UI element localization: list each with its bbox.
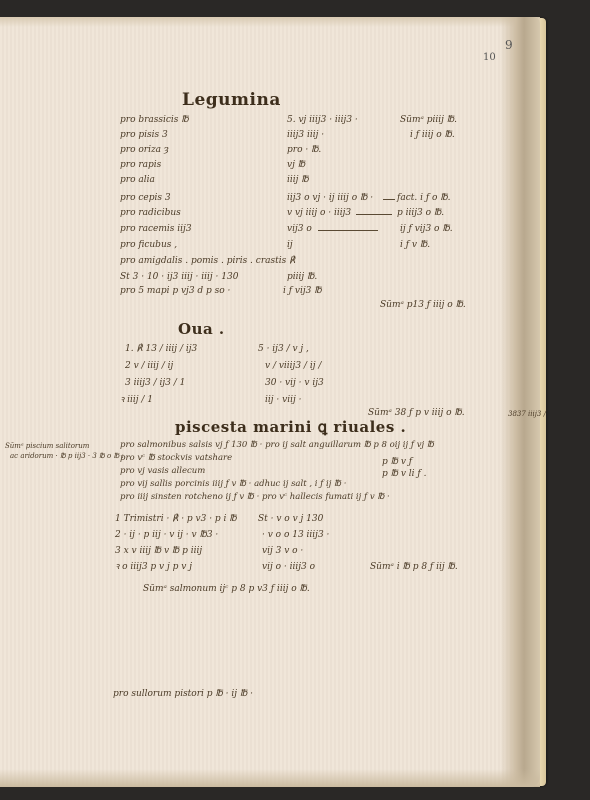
legumina-row-amount: iiij ℔ [287,175,309,187]
section-title-pisces: piscesta marini ꝗ riuales . [175,418,406,436]
pisces-row: pro vᶜ ℔ stockvis vatshare [120,453,232,465]
margin-note-left: Sūmᵃ piscium salitorum [5,442,89,450]
page-edge-right [500,17,540,787]
section-title-legumina: Legumina [182,90,281,110]
legumina-row-amount: v vj iiij o · iiij3 [287,208,351,220]
pisces-row: pro vij sallis porcinis iiij ƒ v ℔ · adh… [120,479,346,491]
pisces-row: pro vj vasis allecum [120,466,205,478]
pisces-row: pro iiij sinsten rotcheno ij ƒ v ℔ · pro… [120,492,390,504]
trimestri-total: Sūmᵃ i ℔ p 8 ƒ iij ℔. [370,562,458,574]
legumina-row-item: pro 5 mapi p vj3 d p so · [120,286,230,298]
legumina-row-item: St 3 · 10 · ij3 iiij · iiij · 130 [120,272,238,284]
pisces-bracket-note: p ℔ v li ƒ . [382,469,426,481]
legumina-row-amount: iij3 o vj · ij iiij o ℔ · [287,193,373,205]
page-edge-bottom [0,769,540,787]
legumina-row-amount: i ƒ vij3 ℔ [283,286,322,298]
pisces-total: Sūmᵃ salmonum ijᶜ p 8 p v3 ƒ iiij o ℔. [143,584,310,596]
legumina-row-amount: ij [287,240,293,252]
legumina-row-amount: piiij ℔. [287,272,317,284]
legumina-row-amount: vj ℔ [287,160,305,172]
legumina-row-note: Sūmᵃ piiij ℔. [400,115,457,127]
legumina-row-amount: 5. vj iiij3 · iiij3 · [287,115,358,127]
oua-row-left: 3 iiij3 / ij3 / 1 [125,378,185,390]
legumina-row-item: pro radicibus [120,208,181,220]
page-edge-top [0,17,540,27]
dash-rule [356,214,392,215]
margin-note-left: ac aridorum · ℔ p iij3 · 3 ℔ o ℔ : [10,452,124,460]
oua-row-left: 2 v / iiij / ij [125,361,173,373]
pisces-row: pro salmonibus salsis vj ƒ 130 ℔ · pro i… [120,440,434,452]
folio-pencil: 10 [483,52,496,63]
legumina-row-item: pro pisis 3 [120,130,168,142]
trimestri-row-right: · v o o 13 iiij3 · [262,530,329,542]
trimestri-row-right: vij o · iiij3 o [262,562,315,574]
legumina-row-item: pro oriza ȝ [120,145,169,157]
legumina-row-amount: iiij3 iiij · [287,130,324,142]
oua-row-right: 5 · ij3 / v j , [258,344,309,356]
legumina-row-item: pro cepis 3 [120,193,171,205]
legumina-row-item: pro amigdalis . pomis . piris . crastis … [120,256,295,268]
legumina-row-note: ij ƒ vij3 o ℔. [400,224,453,236]
trimestri-row-left: ꝛ o iiij3 p v j p v j [115,562,192,574]
oua-row-right: v / viiij3 / ij / [265,361,321,373]
legumina-row-amount: pro · ℔. [287,145,321,157]
trimestri-row-right: St · v o v j 130 [258,514,323,526]
trimestri-row-left: 2 · ij · p iij · v ij · v ℔3 · [115,530,218,542]
legumina-row-note: fact. i ƒ o ℔. [397,193,451,205]
legumina-row-item: pro rapis [120,160,161,172]
folio-ink: 9 [505,38,513,52]
legumina-row-note: p iiij3 o ℔. [397,208,444,220]
trimestri-row-right: vij 3 v o · [262,546,303,558]
oua-row-right: iij · viij · [265,395,301,407]
legumina-row-item: pro ficubus , [120,240,177,252]
oua-row-right: 30 · vij · v ij3 [265,378,324,390]
pisces-bracket-note: p ℔ v ƒ [382,457,412,469]
legumina-row-item: pro racemis iij3 [120,224,192,236]
legumina-row-item: pro brassicis ℔ [120,115,189,127]
dash-rule [318,230,378,231]
trimestri-row-left: 1 Trimistri · ℟ · p v3 · p i ℔ [115,514,237,526]
legumina-row-item: pro alia [120,175,155,187]
legumina-row-amount: vij3 o [287,224,312,236]
legumina-row-note: i ƒ v ℔. [400,240,430,252]
section-title-oua: Oua . [178,320,225,338]
legumina-row-note: i ƒ iiij o ℔. [410,130,455,142]
footer-entry: pro sullorum pistori p ℔ · ij ℔ · [113,689,253,701]
trimestri-row-left: 3 x v iiij ℔ v ℔ p iiij [115,546,202,558]
oua-row-left: 1. ℟ 13 / iiij / ij3 [125,344,197,356]
dash-rule [383,199,395,200]
oua-row-left: ꝛ iiij / 1 [120,395,153,407]
legumina-total: Sūmᵃ p13 ƒ iiij o ℔. [380,300,466,312]
margin-note-right: 3837 iiij3 / [508,410,546,418]
